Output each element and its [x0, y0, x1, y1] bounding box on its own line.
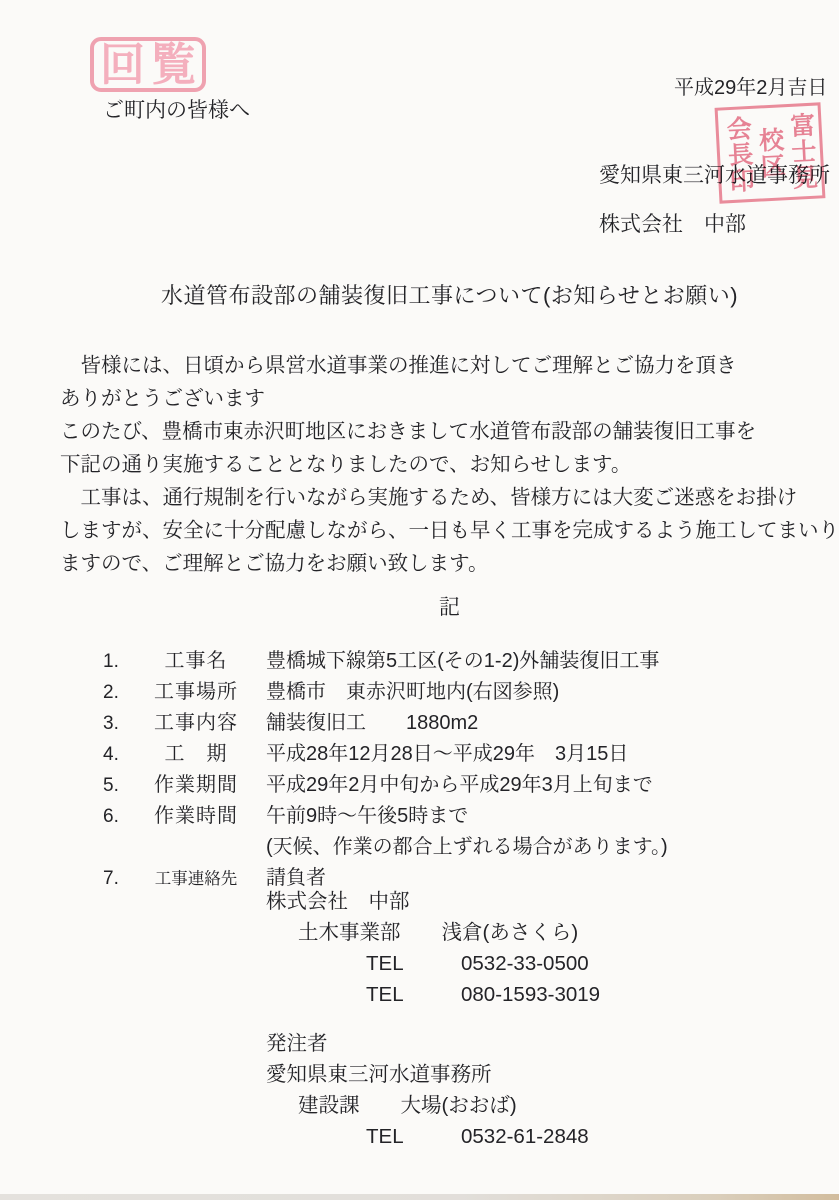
- paragraph2-line3: ますので、ご理解とご協力をお願い致します。: [60, 547, 820, 580]
- tel-label: TEL: [366, 1121, 461, 1152]
- detail-row-work-period: 5. 作業期間 平成29年2月中旬から平成29年3月上旬まで: [0, 768, 839, 799]
- tel-number: 0532-33-0500: [461, 952, 589, 975]
- kairan-circulation-stamp: 回覧: [90, 37, 206, 92]
- detail-row-name: 1. 工事名 豊橋城下線第5工区(その1-2)外舗装復旧工事: [0, 644, 839, 675]
- item-label: 工 期: [150, 737, 242, 766]
- item-value: 平成29年2月中旬から平成29年3月上旬まで: [266, 768, 653, 797]
- item-number: 6.: [103, 806, 150, 828]
- tel-label: TEL: [366, 948, 461, 979]
- item-number: 3.: [103, 713, 150, 735]
- detail-row-period: 4. 工 期 平成28年12月28日～平成29年 3月15日: [0, 737, 839, 768]
- item-label: 作業時間: [150, 799, 242, 828]
- paragraph1-line2: ありがとうございます: [60, 382, 820, 415]
- paragraph1-line3: このたび、豊橋市東赤沢町地区におきまして水道管布設部の舗装復旧工事を: [60, 415, 820, 448]
- item-label: 作業期間: [150, 768, 242, 797]
- client-tel: TEL0532-61-2848: [266, 1121, 589, 1152]
- body-text: 皆様には、日頃から県営水道事業の推進に対してご理解とご協力を頂き ありがとうござ…: [60, 349, 820, 580]
- ki-record-marker: 記: [60, 591, 839, 621]
- contractor-tel-2: TEL080-1593-3019: [266, 979, 600, 1010]
- paragraph1-line1: 皆様には、日頃から県営水道事業の推進に対してご理解とご協力を頂き: [60, 349, 820, 382]
- item-label: 工事名: [150, 644, 242, 673]
- item-value: 豊橋市 東赤沢町地内(右図参照): [266, 675, 559, 704]
- tel-number: 0532-61-2848: [461, 1125, 589, 1148]
- document-date: 平成29年2月吉日: [674, 71, 827, 100]
- seal-column-middle: 校区: [753, 109, 786, 196]
- seal-column-right: 富士見: [785, 108, 818, 195]
- client-office: 愛知県東三河水道事務所: [266, 1059, 589, 1090]
- paragraph2-line1: 工事は、通行規制を行いながら実施するため、皆様方には大変ご迷惑をお掛け: [60, 481, 820, 514]
- client-department: 建設課 大場(おおば): [266, 1090, 589, 1121]
- item-value-note: (天候、作業の都合上ずれる場合があります。): [266, 830, 668, 859]
- tel-number: 080-1593-3019: [461, 983, 600, 1006]
- item-label: 工事場所: [150, 675, 242, 704]
- item-value: 豊橋城下線第5工区(その1-2)外舗装復旧工事: [266, 644, 659, 673]
- seal-column-left: 会長印: [722, 111, 755, 198]
- contractor-company: 株式会社 中部: [266, 886, 600, 917]
- detail-row-work-hours-note: (天候、作業の都合上ずれる場合があります。): [0, 830, 839, 861]
- item-label: 工事連絡先: [150, 865, 242, 889]
- chairman-seal-stamp: 会長印 校区 富士見: [715, 102, 826, 203]
- contractor-department: 土木事業部 浅倉(あさくら): [266, 917, 600, 948]
- item-label: 工事内容: [150, 706, 242, 735]
- item-number: 4.: [103, 744, 150, 766]
- item-number: 5.: [103, 775, 150, 797]
- kairan-stamp-text: 回覧: [100, 42, 202, 87]
- document-title: 水道管布設部の舗装復旧工事について(お知らせとお願い): [60, 279, 839, 310]
- item-number: 7.: [103, 868, 150, 890]
- detail-row-content: 3. 工事内容 舗装復旧工 1880m2: [0, 706, 839, 737]
- client-heading: 発注者: [266, 1028, 589, 1059]
- paragraph2-line2: しますが、安全に十分配慮しながら、一日も早く工事を完成するよう施工してまいり: [60, 514, 820, 547]
- item-number: 1.: [103, 651, 150, 673]
- contractor-contact-block: 株式会社 中部 土木事業部 浅倉(あさくら) TEL0532-33-0500 T…: [266, 886, 600, 1010]
- client-contact-block: 発注者 愛知県東三河水道事務所 建設課 大場(おおば) TEL0532-61-2…: [266, 1028, 589, 1152]
- item-value: 平成28年12月28日～平成29年 3月15日: [266, 737, 628, 766]
- detail-row-location: 2. 工事場所 豊橋市 東赤沢町地内(右図参照): [0, 675, 839, 706]
- paragraph1-line4: 下記の通り実施することとなりましたので、お知らせします。: [60, 448, 820, 481]
- tel-label: TEL: [366, 979, 461, 1010]
- recipient-line: ご町内の皆様へ: [103, 94, 250, 124]
- scanned-notice-document: 回覧 ご町内の皆様へ 平成29年2月吉日 会長印 校区 富士見 愛知県東三河水道…: [0, 0, 839, 1200]
- work-details-list: 1. 工事名 豊橋城下線第5工区(その1-2)外舗装復旧工事 2. 工事場所 豊…: [0, 644, 839, 892]
- detail-row-work-hours: 6. 作業時間 午前9時～午後5時まで: [0, 799, 839, 830]
- contractor-tel-1: TEL0532-33-0500: [266, 948, 600, 979]
- item-value: 舗装復旧工 1880m2: [266, 706, 478, 735]
- scan-edge-artifact: [0, 1194, 839, 1200]
- item-value: 午前9時～午後5時まで: [266, 799, 468, 828]
- item-number: 2.: [103, 682, 150, 704]
- sender-company-name: 株式会社 中部: [599, 208, 746, 238]
